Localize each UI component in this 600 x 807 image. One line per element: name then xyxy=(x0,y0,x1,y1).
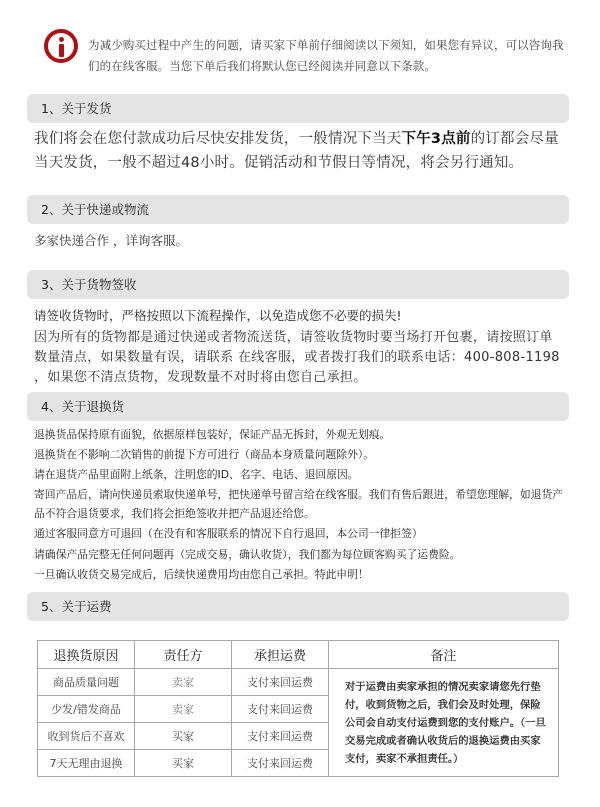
receipt-lead: 请签收货物时，严格按照以下流程操作，以免造成您不必要的损失! xyxy=(34,306,564,326)
returns-line: 请在退货产品里面附上纸条，注明您的ID、名字、电话、退回原因。 xyxy=(34,466,564,485)
info-icon-dot xyxy=(59,37,64,42)
returns-body: 退换货品保持原有面貌，依据原样包装好，保证产品无拆封，外观无划痕。 退换货在不影… xyxy=(34,426,564,586)
receipt-body: 因为所有的货物都是通过快递或者物流送货，请签收货物时要当场打开包裹，请按照订单数… xyxy=(34,328,564,388)
returns-line: 退换货品保持原有面貌，依据原样包装好，保证产品无拆封，外观无划痕。 xyxy=(34,426,564,445)
reason-cell: 7天无理由退换 xyxy=(38,750,135,777)
section-header-receipt: 3、关于货物签收 xyxy=(27,270,569,299)
shipping-fee-table: 退换货原因 责任方 承担运费 备注 商品质量问题 卖家 支付来回运费 对于运费由… xyxy=(37,640,559,777)
section-header-shipping: 1、关于发货 xyxy=(27,94,569,123)
column-header-party: 责任方 xyxy=(135,641,232,669)
returns-line: 请确保产品完整无任何问题再（完成交易，确认收货），我们都为每位顾客购买了运费险。 xyxy=(34,546,564,565)
party-cell: 买家 xyxy=(135,723,232,750)
shipping-deadline: 下午3点前 xyxy=(402,131,471,147)
info-icon-bar xyxy=(59,44,64,57)
courier-body: 多家快递合作 ，详询客服。 xyxy=(34,230,564,252)
fee-cell: 支付来回运费 xyxy=(232,669,329,696)
returns-line: 通过客服同意方可退回（在没有和客服联系的情况下自行退回，本公司一律拒签） xyxy=(34,525,564,544)
returns-line: 退换货在不影响二次销售的前提下方可进行（商品本身质量问题除外）。 xyxy=(34,446,564,465)
fee-cell: 支付来回运费 xyxy=(232,696,329,723)
reason-cell: 少发/错发商品 xyxy=(38,696,135,723)
section-header-shipping-fees: 5、关于运费 xyxy=(27,592,569,621)
shipping-body: 我们将会在您付款成功后尽快安排发货，一般情况下当天下午3点前的订都会尽量当天发货… xyxy=(34,127,564,175)
column-header-note: 备注 xyxy=(329,641,559,669)
info-icon xyxy=(44,29,78,63)
fee-cell: 支付来回运费 xyxy=(232,750,329,777)
notice-text: 为减少购买过程中产生的问题，请买家下单前仔细阅读以下须知，如果您有异议，可以咨询… xyxy=(88,35,568,77)
table-header-row: 退换货原因 责任方 承担运费 备注 xyxy=(38,641,559,669)
note-cell: 对于运费由卖家承担的情况卖家请您先行垫付，收到货物之后，我们会及时处理，保险公司… xyxy=(329,669,559,777)
section-header-courier: 2、关于快递或物流 xyxy=(27,195,569,224)
table-row: 商品质量问题 卖家 支付来回运费 对于运费由卖家承担的情况卖家请您先行垫付，收到… xyxy=(38,669,559,696)
party-cell: 买家 xyxy=(135,750,232,777)
column-header-fee: 承担运费 xyxy=(232,641,329,669)
section-header-returns: 4、关于退换货 xyxy=(27,392,569,421)
fee-cell: 支付来回运费 xyxy=(232,723,329,750)
returns-line: 一旦确认收货交易完成后，后续快递费用均由您自己承担。特此申明！ xyxy=(34,566,564,585)
returns-line: 寄回产品后，请向快递员索取快递单号，把快递单号留言给在线客服。我们有售后跟进，希… xyxy=(34,486,564,523)
party-cell: 卖家 xyxy=(135,669,232,696)
reason-cell: 商品质量问题 xyxy=(38,669,135,696)
reason-cell: 收到货后不喜欢 xyxy=(38,723,135,750)
shipping-body-before: 我们将会在您付款成功后尽快安排发货，一般情况下当天 xyxy=(34,131,402,147)
column-header-reason: 退换货原因 xyxy=(38,641,135,669)
party-cell: 卖家 xyxy=(135,696,232,723)
notice-banner: 为减少购买过程中产生的问题，请买家下单前仔细阅读以下须知，如果您有异议，可以咨询… xyxy=(0,0,600,90)
